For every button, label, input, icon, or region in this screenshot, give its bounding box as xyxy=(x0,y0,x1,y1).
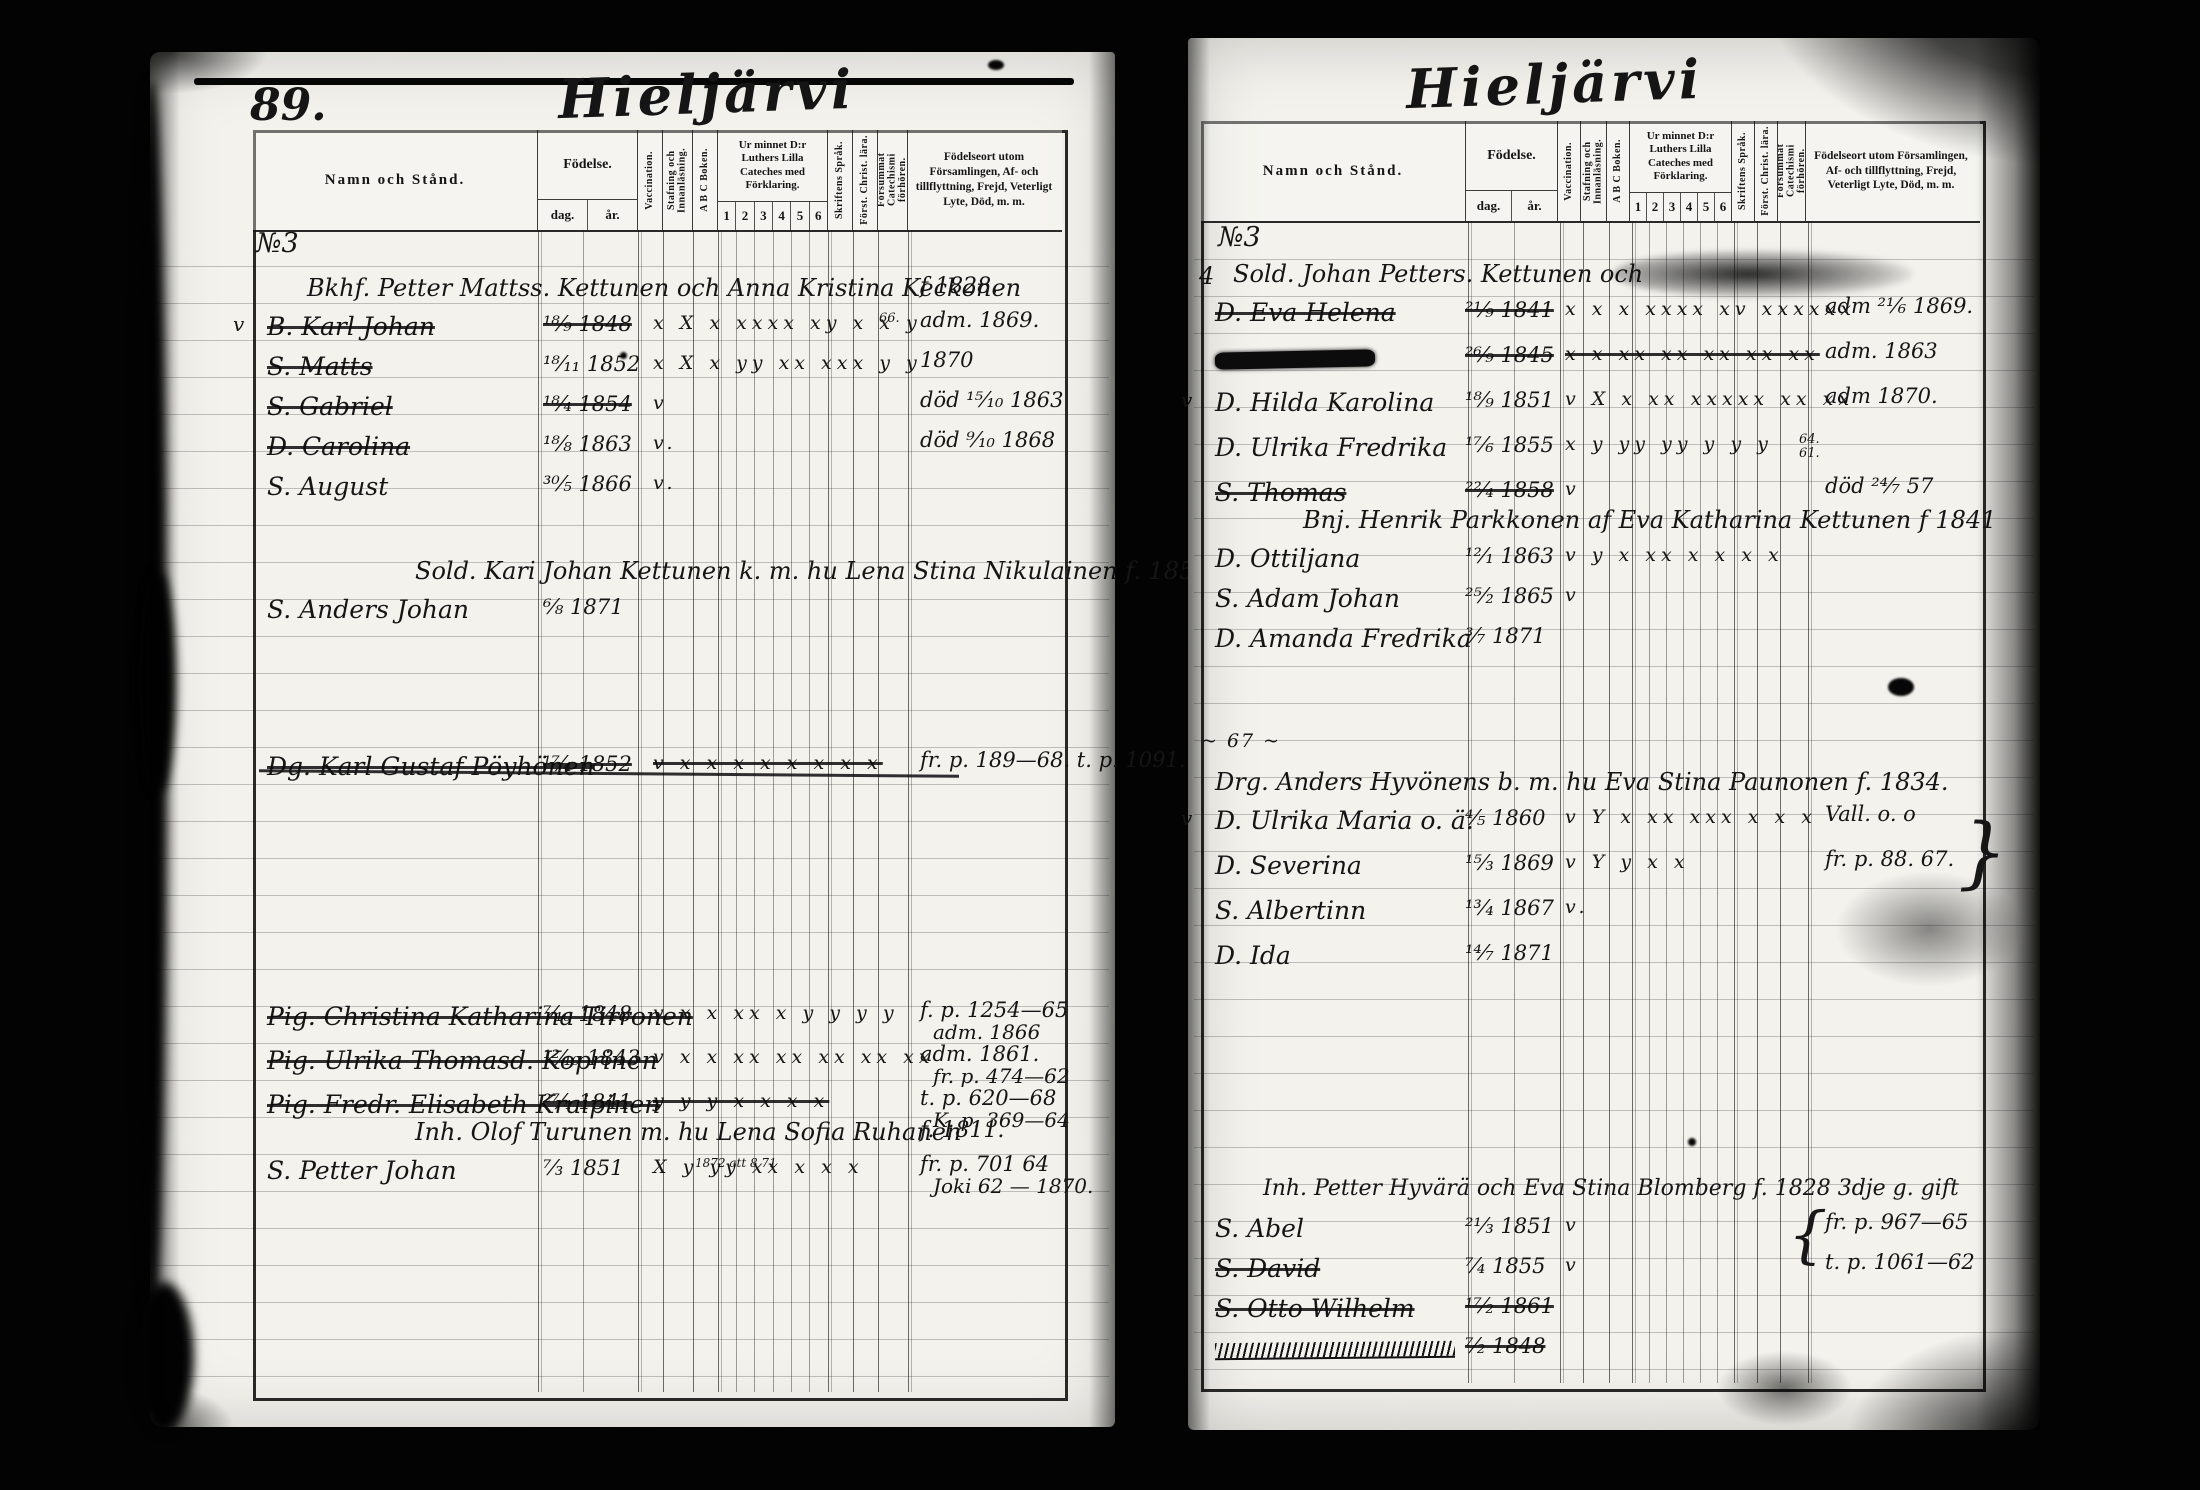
col-cateches-label: Ur minnet D:r Luthers Lilla Cateches med… xyxy=(1630,121,1731,192)
col-cateches: Ur minnet D:r Luthers Lilla Cateches med… xyxy=(1630,121,1732,221)
col-stafning: Stafning och Innanläsning. xyxy=(663,130,693,230)
birth-cell: ³⁄₇ 1871 xyxy=(1465,624,1545,648)
cateches-5: 5 xyxy=(1697,193,1714,221)
col-forst-christ-lara: Först. Christ. lära. xyxy=(1755,121,1778,221)
name-cell: S. Albertinn xyxy=(1215,896,1366,925)
margin-note: ~ 67 ~ xyxy=(1201,730,1281,752)
family-header-text: Drg. Anders Hyvönens b. m. hu Eva Stina … xyxy=(1215,768,1949,796)
name-cell: S. Thomas xyxy=(1215,478,1346,507)
margin-mark: 4 xyxy=(1199,262,1214,290)
birth-cell: ⁷⁄₁₀ 1848 xyxy=(543,1002,632,1026)
cateches-6: 6 xyxy=(809,202,827,230)
note-cell: fr. p. 189—68. t. p. 1091. xyxy=(920,748,1186,772)
record-row: S. Gabriel¹⁸⁄₄ 1854vdöd ¹⁵⁄₁₀ 1863 xyxy=(265,392,1065,432)
name-cell: S. Petter Johan xyxy=(267,1156,457,1185)
family-header-text: Bkhf. Petter Mattss. Kettunen och Anna K… xyxy=(307,274,1021,302)
record-row: D. Severina¹⁵⁄₃ 1869v Y y x xfr. p. 88. … xyxy=(1213,851,2003,896)
note-cell: adm. 1869. xyxy=(920,308,1039,332)
record-row: S. Matts¹⁸⁄₁₁ 1852x X x yy xx xxx y y187… xyxy=(265,352,1065,392)
family-rows: vB. Karl Johan¹⁸⁄₉ 1848x X x xxxx xy x x… xyxy=(265,312,1065,512)
family-header-note: f. 1811. xyxy=(920,1118,1004,1143)
record-row: S. Anders Johan⁶⁄₈ 1871 xyxy=(265,595,1065,635)
name-cell: D. Ulrika Fredrika xyxy=(1215,433,1447,462)
name-cell: Pig. Ulrika Thomasd. Koprinen xyxy=(267,1046,552,1075)
family-header-text: Inh. Petter Hyvärä och Eva Stina Blomber… xyxy=(1263,1176,1959,1201)
table-header: Namn och Stånd. Födelse. dag. år. Vaccin… xyxy=(253,130,1062,232)
small-cell: 64. 61. xyxy=(1799,433,1820,460)
col-cateches-label: Ur minnet D:r Luthers Lilla Cateches med… xyxy=(718,130,827,201)
marks-cell: v xyxy=(1565,1254,1820,1276)
servants-block: Pig. Christina Katharina Tirronen⁷⁄₁₀ 18… xyxy=(265,1002,1065,1134)
col-vaccination: Vaccination. xyxy=(1558,121,1581,221)
birth-cell: ¹²⁄₁ 1863 xyxy=(1465,544,1554,568)
birth-cell: ⁷⁄₃ 1851 xyxy=(543,1156,623,1180)
note2-cell: adm. 1866 xyxy=(933,1020,1040,1044)
marks-cell: v xyxy=(653,392,923,414)
birth-cell: ¹⁸⁄₉ 1848 xyxy=(543,312,632,336)
record-row: D. Ulrika Fredrika¹⁷⁄₆ 1855x y yy yy y y… xyxy=(1213,433,2003,478)
family-header: Inh. Olof Turunen m. hu Lena Sofia Ruhan… xyxy=(265,1118,1065,1156)
family-record: Inh. Olof Turunen m. hu Lena Sofia Ruhan… xyxy=(265,1118,1065,1196)
record-row: Pig. Ulrika Thomasd. Koprinen¹²⁄₁₀ 1843v… xyxy=(265,1046,1065,1090)
family-record: Inh. Petter Hyvärä och Eva Stina Blomber… xyxy=(1213,1176,2003,1374)
family-rows: S. Abel²¹⁄₃ 1851vfr. p. 967—65S. David⁷⁄… xyxy=(1213,1214,2003,1374)
marks-cell: v. xyxy=(653,432,923,454)
birth-cell: ²⁵⁄₂ 1865 xyxy=(1465,584,1554,608)
record-row: vD. Ulrika Maria o. ä.⁴⁄₅ 1860v Y x xx x… xyxy=(1213,806,2003,851)
birth-cell: ⁶⁄₈ 1871 xyxy=(543,595,623,619)
record-row: D. Ida¹⁴⁄₇ 1871 xyxy=(1213,941,2003,986)
cateches-3: 3 xyxy=(754,202,772,230)
col-vaccination: Vaccination. xyxy=(638,130,663,230)
marks-cell: v. xyxy=(653,472,923,494)
birth-cell: ²²⁄₄ 1858 xyxy=(1465,478,1554,502)
col-namn-och-stand: Namn och Stånd. xyxy=(1201,121,1466,221)
family-rows: Dg. Karl Gustaf Pöyhönen¹⁷⁄₄ 1852v x x x… xyxy=(265,752,1065,792)
name-cell: Pig. Fredr. Elisabeth Kraipinen xyxy=(267,1090,552,1119)
birth-cell: ¹⁷⁄₄ 1852 xyxy=(543,752,632,776)
left-page: 89. Hieljärvi №3 Namn och Stånd. Födelse… xyxy=(150,52,1115,1427)
name-cell: S. Abel xyxy=(1215,1214,1304,1243)
name-cell: S. Anders Johan xyxy=(267,595,469,624)
name-cell xyxy=(1215,1341,1455,1361)
marks-cell: x x x xxxx xv xxxxxx xyxy=(1565,298,1820,320)
record-row: S. Abel²¹⁄₃ 1851vfr. p. 967—65 xyxy=(1213,1214,2003,1254)
page-title-handwritten: Hieljärvi xyxy=(1405,47,1704,121)
name-cell: S. August xyxy=(267,472,388,501)
marks-cell: v Y x xx xxx x x x xyxy=(1565,806,1820,828)
right-page: Hieljärvi №3 Namn och Stånd. Födelse. da… xyxy=(1188,38,2040,1430)
birth-cell: ²¹⁄₉ 1841 xyxy=(1465,298,1554,322)
name-cell: D. Amanda Fredrika xyxy=(1215,624,1472,653)
name-cell: B. Karl Johan xyxy=(267,312,435,341)
record-row: S. Petter Johan⁷⁄₃ 1851X y yy xx x x x18… xyxy=(265,1156,1065,1196)
marks-cell: v x x xx xx xx xx xx xyxy=(653,1046,923,1068)
cateches-1: 1 xyxy=(718,202,735,230)
family-header-text: Inh. Olof Turunen m. hu Lena Sofia Ruhan… xyxy=(415,1118,961,1146)
name-cell: D. Ulrika Maria o. ä. xyxy=(1215,806,1474,835)
birth-cell: ¹⁵⁄₃ 1869 xyxy=(1465,851,1554,875)
name-cell: D. Ottiljana xyxy=(1215,544,1360,573)
marks-cell: y y y x x x x xyxy=(653,1090,923,1112)
cateches-4: 4 xyxy=(772,202,790,230)
note-cell: t. p. 620—68 xyxy=(920,1086,1056,1110)
col-stafning: Stafning och Innanläsning. xyxy=(1581,121,1607,221)
record-row: ⁷⁄₂ 1848 xyxy=(1213,1334,2003,1374)
col-forst-christ-lara: Först. Christ. lära. xyxy=(853,130,878,230)
cateches-2: 2 xyxy=(735,202,753,230)
col-notes: Födelseort utom Församlingen, Af- och ti… xyxy=(1806,121,1976,221)
family-record: Sold. Kari Johan Kettunen k. m. hu Lena … xyxy=(265,557,1065,635)
col-skriftens-sprak: Skriftens Språk. xyxy=(828,130,853,230)
col-ar: år. xyxy=(587,200,637,230)
note2-cell: fr. p. 474—62 xyxy=(933,1064,1070,1088)
family-header-note: f 1828. xyxy=(920,274,998,299)
col-abc-boken: A B C Boken. xyxy=(693,130,718,230)
name-cell xyxy=(1215,349,1375,369)
note-cell: fr. p. 967—65 xyxy=(1825,1210,1968,1234)
family-header: Bkhf. Petter Mattss. Kettunen och Anna K… xyxy=(265,274,1065,312)
marks-cell: v y x xx x x x x xyxy=(1565,544,1820,566)
name-cell: S. Gabriel xyxy=(267,392,393,421)
col-abc-boken: A B C Boken. xyxy=(1607,121,1630,221)
name-cell: S. Adam Johan xyxy=(1215,584,1400,613)
marks-cell: v x x xx x y y y y xyxy=(653,1002,923,1024)
note-cell: adm. 1863 xyxy=(1825,339,1938,363)
birth-cell: ¹⁸⁄₈ 1863 xyxy=(543,432,632,456)
birth-cell: ⁷⁄₄ 1855 xyxy=(1465,1254,1545,1278)
small-cell: 66. xyxy=(879,312,900,326)
family-header: Drg. Anders Hyvönens b. m. hu Eva Stina … xyxy=(1213,768,2003,806)
record-row: S. Otto Wilhelm¹⁷⁄₂ 1861 xyxy=(1213,1294,2003,1334)
marks-cell: x x xx xx xx xx xx xyxy=(1565,343,1820,365)
ink-speck xyxy=(1888,678,1914,696)
col-dag: dag. xyxy=(1466,191,1511,221)
cateches-6: 6 xyxy=(1714,193,1731,221)
family-rows: S. Anders Johan⁶⁄₈ 1871 xyxy=(265,595,1065,635)
note-cell: död ⁹⁄₁₀ 1868 xyxy=(920,428,1055,452)
col-fodelse-sub: dag. år. xyxy=(538,199,637,230)
name-cell: Pig. Christina Katharina Tirronen xyxy=(267,1002,552,1031)
birth-cell: ¹⁷⁄₂ 1861 xyxy=(1465,1294,1554,1318)
ink-speck xyxy=(988,60,1004,70)
col-fodelse-label: Födelse. xyxy=(1466,121,1557,190)
birth-cell: ¹³⁄₄ 1867 xyxy=(1465,896,1554,920)
record-row: Dg. Karl Gustaf Pöyhönen¹⁷⁄₄ 1852v x x x… xyxy=(265,752,1065,792)
marks-cell: x X x yy xx xxx y y xyxy=(653,352,923,374)
marks-cell: x y yy yy y y y xyxy=(1565,433,1820,455)
family-header: Sold. Johan Petters. Kettunen och xyxy=(1213,260,2003,298)
ink-speck xyxy=(620,352,627,359)
birth-cell: ⁷⁄₂ 1848 xyxy=(1465,1334,1545,1358)
table-header: Namn och Stånd. Födelse. dag. år. Vaccin… xyxy=(1201,121,1980,223)
record-row: S. August³⁰⁄₅ 1866v. xyxy=(265,472,1065,512)
family-record: Bkhf. Petter Mattss. Kettunen och Anna K… xyxy=(265,274,1065,512)
margin-cell: v xyxy=(233,312,244,336)
name-cell: Dg. Karl Gustaf Pöyhönen xyxy=(267,752,552,781)
family-record: Bnj. Henrik Parkkonen af Eva Katharina K… xyxy=(1213,506,2003,664)
note-cell: t. p. 1061—62 xyxy=(1825,1250,1975,1274)
record-row: S. Adam Johan²⁵⁄₂ 1865v xyxy=(1213,584,2003,624)
birth-cell: ¹⁸⁄₉ 1851 xyxy=(1465,388,1554,412)
col-cateches-sub: 1 2 3 4 5 6 xyxy=(1630,192,1731,221)
page-title-handwritten: Hieljärvi xyxy=(557,57,856,131)
family-header: Sold. Kari Johan Kettunen k. m. hu Lena … xyxy=(265,557,1065,595)
marks-cell: v x x x x x x x x xyxy=(653,752,923,774)
col-fodelse: Födelse. dag. år. xyxy=(1466,121,1558,221)
name-cell: D. Ida xyxy=(1215,941,1291,970)
cateches-4: 4 xyxy=(1680,193,1697,221)
family-header: Bnj. Henrik Parkkonen af Eva Katharina K… xyxy=(1213,506,2003,544)
marks-cell: v. xyxy=(1565,896,1820,918)
scan-artifact xyxy=(142,572,176,792)
record-row: D. Eva Helena²¹⁄₉ 1841x x x xxxx xv xxxx… xyxy=(1213,298,2003,343)
col-fodelse-label: Födelse. xyxy=(538,130,637,199)
note-cell: adm ²¹⁄₆ 1869. xyxy=(1825,294,1973,318)
cateches-5: 5 xyxy=(790,202,808,230)
name-cell: D. Eva Helena xyxy=(1215,298,1396,327)
family-header: Inh. Petter Hyvärä och Eva Stina Blomber… xyxy=(1213,1176,2003,1214)
family-rows: Pig. Christina Katharina Tirronen⁷⁄₁₀ 18… xyxy=(265,1002,1065,1134)
col-cateches: Ur minnet D:r Luthers Lilla Cateches med… xyxy=(718,130,828,230)
col-cateches-sub: 1 2 3 4 5 6 xyxy=(718,201,827,230)
record-row: vD. Hilda Karolina¹⁸⁄₉ 1851v X x xx xxxx… xyxy=(1213,388,2003,433)
note-cell: 1870 xyxy=(920,348,973,372)
name-cell: D. Severina xyxy=(1215,851,1362,880)
col-namn-och-stand: Namn och Stånd. xyxy=(253,130,538,230)
note-cell: död ¹⁵⁄₁₀ 1863 xyxy=(920,388,1064,412)
birth-cell: ¹²⁄₁₀ 1843 xyxy=(543,1046,640,1070)
marks-cell: v xyxy=(1565,1214,1820,1236)
over-cell: 1872 att 8 71 xyxy=(695,1156,777,1170)
birth-cell: ¹⁷⁄₆ 1855 xyxy=(1465,433,1554,457)
note-cell: adm. 1861. xyxy=(920,1042,1039,1066)
marks-cell: X y yy xx x x x xyxy=(653,1156,923,1178)
birth-cell: ²⁶⁄₉ 1845 xyxy=(1465,343,1554,367)
record-row: S. David⁷⁄₄ 1855vt. p. 1061—62 xyxy=(1213,1254,2003,1294)
family-rows: vD. Ulrika Maria o. ä.⁴⁄₅ 1860v Y x xx x… xyxy=(1213,806,2003,986)
family-record: 4 Sold. Johan Petters. Kettunen och D. E… xyxy=(1213,260,2003,523)
record-row: ²⁶⁄₉ 1845x x xx xx xx xx xxadm. 1863 xyxy=(1213,343,2003,388)
col-dag: dag. xyxy=(538,200,587,230)
marks-cell: v xyxy=(1565,584,1820,606)
col-forsummat: Försummat Catechismi förhören. xyxy=(878,130,908,230)
marks-cell: v X x xx xxxxx xx xx xyxy=(1565,388,1820,410)
col-ar: år. xyxy=(1511,191,1557,221)
col-fodelse-sub: dag. år. xyxy=(1466,190,1557,221)
cateches-2: 2 xyxy=(1646,193,1663,221)
birth-cell: ³⁰⁄₅ 1866 xyxy=(543,472,632,496)
marks-cell: v xyxy=(1565,478,1820,500)
family-record: ~ 67 ~ Drg. Anders Hyvönens b. m. hu Eva… xyxy=(1213,768,2003,986)
record-row: S. Albertinn¹³⁄₄ 1867v. xyxy=(1213,896,2003,941)
note-brace: { xyxy=(1788,1198,1827,1271)
col-forsummat: Försummat Catechismi förhören. xyxy=(1778,121,1806,221)
name-cell: S. David xyxy=(1215,1254,1320,1283)
name-cell: D. Hilda Karolina xyxy=(1215,388,1434,417)
cateches-3: 3 xyxy=(1663,193,1680,221)
ink-speck xyxy=(1688,1138,1696,1146)
ink-smudge xyxy=(1613,250,1913,298)
note-brace: } xyxy=(1958,808,2008,898)
birth-cell: ⁴⁄₅ 1860 xyxy=(1465,806,1545,830)
col-skriftens-sprak: Skriftens Språk. xyxy=(1732,121,1755,221)
note-cell: Vall. o. o xyxy=(1825,802,1916,826)
record-row: Pig. Christina Katharina Tirronen⁷⁄₁₀ 18… xyxy=(265,1002,1065,1046)
family-header-text: Sold. Johan Petters. Kettunen och xyxy=(1233,260,1643,288)
family-rows: D. Eva Helena²¹⁄₉ 1841x x x xxxx xv xxxx… xyxy=(1213,298,2003,523)
family-header-text: Sold. Kari Johan Kettunen k. m. hu Lena … xyxy=(415,557,1217,585)
note2-cell: Joki 62 — 1870. xyxy=(933,1174,1093,1198)
col-fodelse: Födelse. dag. år. xyxy=(538,130,638,230)
scan-artifact xyxy=(134,1282,194,1432)
birth-cell: ¹⁴⁄₇ 1871 xyxy=(1465,941,1554,965)
note-cell: adm 1870. xyxy=(1825,384,1938,408)
record-row: D. Carolina¹⁸⁄₈ 1863v.död ⁹⁄₁₀ 1868 xyxy=(265,432,1065,472)
marks-cell: v Y y x x xyxy=(1565,851,1820,873)
note-cell: fr. p. 701 64 xyxy=(920,1152,1049,1176)
col-notes: Födelseort utom Församlingen, Af- och ti… xyxy=(908,130,1060,230)
family-rows: D. Ottiljana¹²⁄₁ 1863v y x xx x x x xS. … xyxy=(1213,544,2003,664)
birth-cell: ¹⁸⁄₄ 1854 xyxy=(543,392,632,416)
single-record: Dg. Karl Gustaf Pöyhönen¹⁷⁄₄ 1852v x x x… xyxy=(265,752,1065,792)
family-rows: S. Petter Johan⁷⁄₃ 1851X y yy xx x x x18… xyxy=(265,1156,1065,1196)
page-number: 89. xyxy=(250,80,327,131)
family-header-text: Bnj. Henrik Parkkonen af Eva Katharina K… xyxy=(1303,506,1996,534)
note-cell: död ²⁴⁄₇ 57 xyxy=(1825,474,1933,498)
name-cell: S. Matts xyxy=(267,352,373,381)
margin-cell: v xyxy=(1181,388,1192,412)
note-cell: f. p. 1254—65 xyxy=(920,998,1068,1022)
name-cell: S. Otto Wilhelm xyxy=(1215,1294,1415,1323)
record-row: D. Amanda Fredrika³⁄₇ 1871 xyxy=(1213,624,2003,664)
birth-cell: ²⁷⁄₄ 1841 xyxy=(543,1090,632,1114)
record-row: D. Ottiljana¹²⁄₁ 1863v y x xx x x x x xyxy=(1213,544,2003,584)
margin-cell: v xyxy=(1181,806,1192,830)
name-cell: D. Carolina xyxy=(267,432,410,461)
scanned-parish-register-spread: { "th": { "name": "Namn och Stånd.", "bi… xyxy=(0,0,2200,1490)
note-cell: fr. p. 88. 67. xyxy=(1825,847,1954,871)
cateches-1: 1 xyxy=(1630,193,1646,221)
birth-cell: ²¹⁄₃ 1851 xyxy=(1465,1214,1554,1238)
record-row: vB. Karl Johan¹⁸⁄₉ 1848x X x xxxx xy x x… xyxy=(265,312,1065,352)
